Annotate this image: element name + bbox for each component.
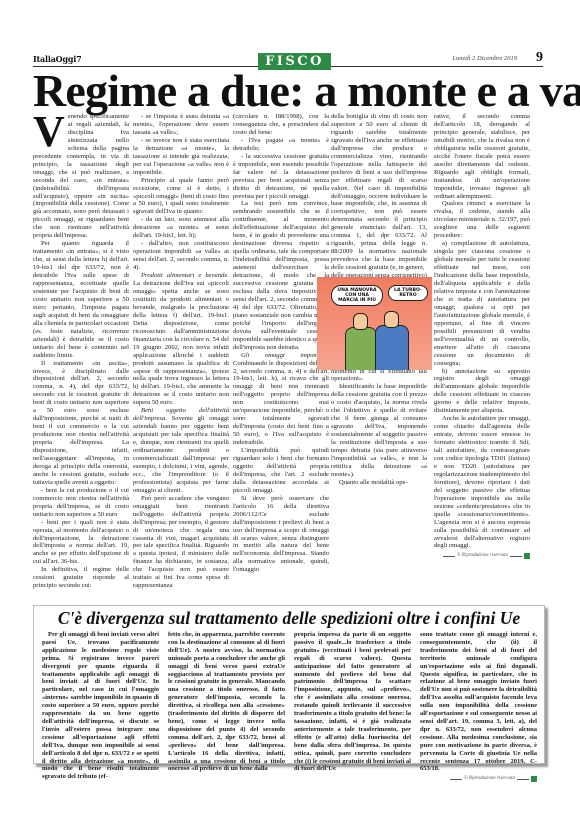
sidebar-box: C'è divergenza sul trattamento delle spe…	[33, 605, 545, 764]
cartoon-illustration: UNA MANOVRA CON UNA MARCIA IN PIÙ LA TUR…	[317, 277, 432, 370]
box-paragraph: propria impresa da parte di un soggetto …	[294, 631, 411, 773]
article-paragraph: Può però accadere che vengano omaggiati …	[133, 495, 229, 590]
article-paragraph: Il trattamento «in uscita», invece, è di…	[33, 360, 129, 487]
rule	[450, 779, 462, 780]
headline: Regime a due: a monte e a valle	[33, 68, 543, 114]
rule	[443, 556, 455, 557]
article-column-5: rative, il secondo comma dell'articolo 1…	[434, 113, 530, 595]
article-paragraph: a) compilazione di autofattura, singola …	[434, 240, 530, 367]
figure-right	[375, 325, 409, 370]
paragraph-lead: Beni oggetto dell'attività dell'impresa.	[133, 407, 229, 422]
page-number: 9	[533, 50, 543, 66]
article-paragraph: b) annotazione su apposito registro degl…	[434, 368, 530, 416]
article-column-3: (circolare n. 188/1998), con la consegue…	[233, 113, 329, 595]
article-paragraph: Quanto alle modalità ope-	[331, 479, 427, 487]
article-paragraph: - dall'altro, non costituiscono operazio…	[133, 240, 229, 272]
article-paragraph: Prodotti alimentari e bevande. La detraz…	[133, 272, 229, 407]
box-column-2: fetto che, in apparenza, parrebbe coeren…	[168, 631, 285, 773]
end-mark-icon	[531, 776, 537, 782]
article-paragraph: L'imponibilità può quindi riguardare sol…	[233, 447, 329, 495]
speech-bubble-right: LA TURBO-RETRO	[388, 285, 428, 301]
speech-bubble-left: UNA MANOVRA CON UNA MARCIA IN PIÙ	[331, 285, 383, 306]
article-paragraph: (circolare n. 188/1998), con la consegue…	[233, 113, 329, 137]
article-paragraph: - beni per i quali non è stata operata, …	[33, 519, 129, 567]
article-paragraph: Si deve però osservare che l'articolo 16…	[233, 495, 329, 575]
box-column-1: Per gli omaggi di beni inviati verso alt…	[42, 631, 159, 781]
box-paragraph: Per gli omaggi di beni inviati verso alt…	[42, 631, 159, 781]
rule	[510, 556, 522, 557]
publication-logo: ItaliaOggi7	[33, 54, 85, 64]
article-paragraph: Per quanto riguarda il trattamento «in e…	[33, 240, 129, 359]
article-paragraph: - la successiva cessione gratuita è impo…	[233, 153, 329, 201]
box-paragraph: sono trattate come gli omaggi interni e,…	[420, 631, 537, 773]
figure-left	[345, 327, 377, 370]
article-paragraph: - da un lato, sono ammessi alla detrazio…	[133, 216, 229, 240]
box-paragraph: fetto che, in apparenza, parrebbe coeren…	[168, 631, 285, 773]
article-column-2: - se l'imposta è stata detratta «a monte…	[133, 113, 229, 595]
copyright-text: © Riproduzione riservata	[457, 552, 508, 560]
article-paragraph: - beni la cui produzione o il cui commer…	[33, 487, 129, 519]
article-paragraph: - se invece non è stata esercitata la de…	[133, 137, 229, 177]
article-paragraph: Anche le autofatture per omaggi, come ch…	[434, 415, 530, 550]
article-paragraph: della bottiglia di vino di costo non sup…	[331, 113, 427, 272]
article-paragraph: Gli omaggi imponibili. Combinando le dis…	[233, 352, 329, 447]
article-paragraph: Identificando la base imponibile della c…	[331, 383, 427, 478]
copyright-note: © Riproduzione riservata	[434, 552, 530, 560]
paragraph-lead: Gli omaggi imponibili.	[241, 352, 329, 359]
article-paragraph: In definitiva, il regime delle cessioni …	[33, 566, 129, 590]
article-paragraph: rative, il secondo comma dell'articolo 1…	[434, 113, 530, 200]
head-left	[353, 313, 368, 330]
head-right	[384, 311, 399, 328]
issue-date: Lunedì 2 Dicembre 2019	[448, 55, 521, 62]
article-paragraph: - se l'imposta è stata detratta «a monte…	[133, 113, 229, 137]
article-column-1: V enendo specificamente ai regali aziend…	[33, 113, 129, 595]
rule	[517, 779, 529, 780]
box-title: C'è divergenza sul trattamento delle spe…	[34, 608, 544, 629]
article-paragraph: La tesi però non convince, sembrando sos…	[233, 200, 329, 351]
box-copyright-note: © Riproduzione riservata	[420, 775, 537, 783]
paragraph-lead: Prodotti alimentari e bevande.	[141, 272, 229, 279]
box-column-3: propria impresa da parte di un soggetto …	[294, 631, 411, 773]
newspaper-page: ItaliaOggi7 FISCO Lunedì 2 Dicembre 2019…	[0, 0, 580, 820]
box-column-4: sono trattate come gli omaggi interni e,…	[420, 631, 537, 783]
article-paragraph: Beni oggetto dell'attività dell'impresa.…	[133, 407, 229, 494]
copyright-text: © Riproduzione riservata	[464, 775, 515, 783]
drop-cap: V	[33, 114, 65, 150]
article-paragraph: Principio al quale fanno però eccezione,…	[133, 177, 229, 217]
article-paragraph: - l'Iva pagata «a monte» è detraibile;	[233, 137, 329, 153]
article-paragraph: Qualora rinunci a esercitare la rivalsa,…	[434, 200, 530, 240]
end-mark-icon	[524, 553, 530, 559]
